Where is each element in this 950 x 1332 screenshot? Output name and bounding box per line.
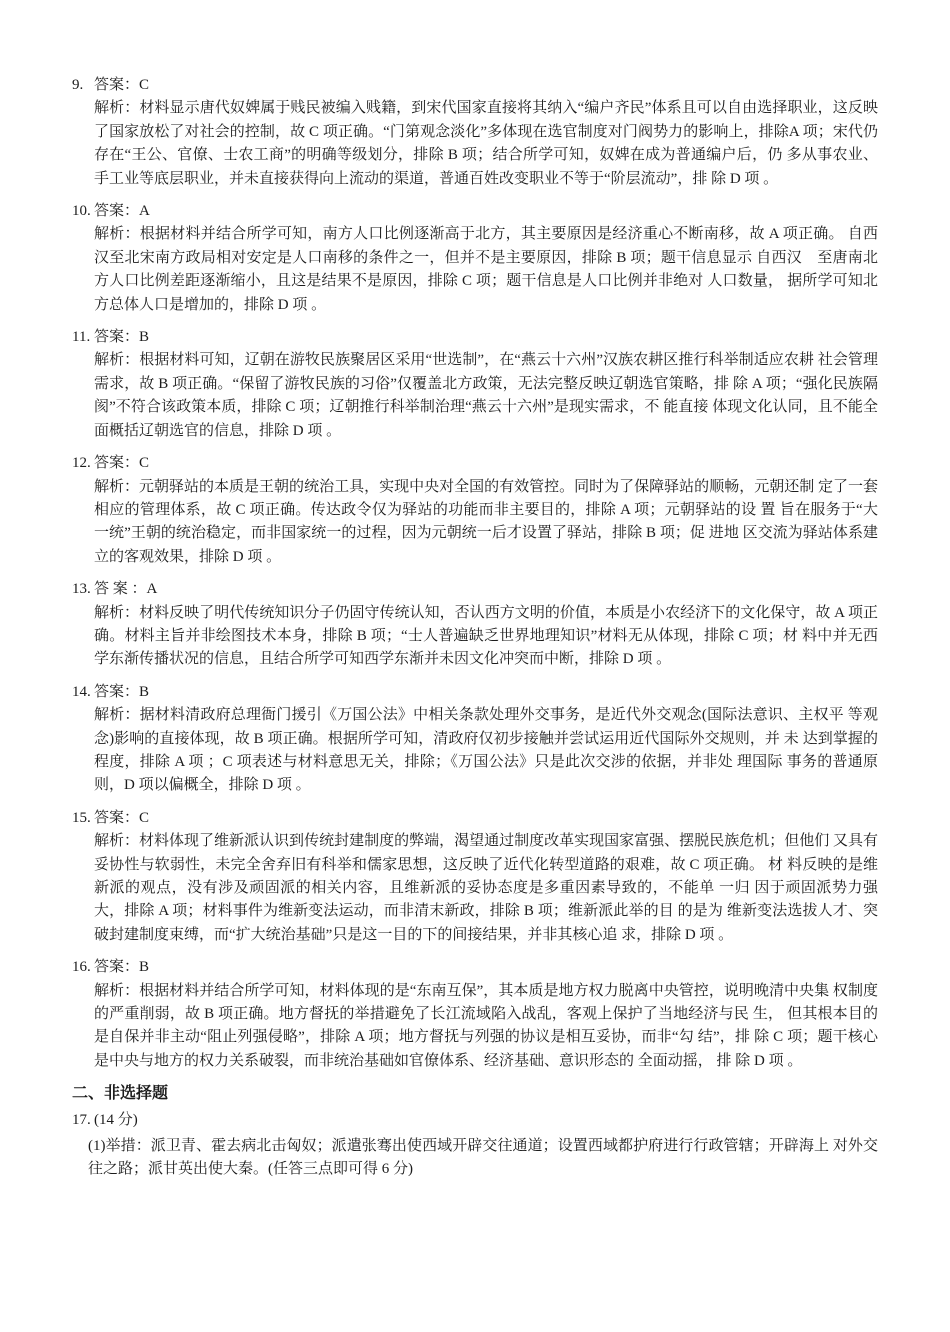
- answer-letter: 答案：C: [94, 807, 149, 830]
- answer-key-content: 9. 答案：C 解析：材料显示唐代奴婢属于贱民被编入贱籍，到宋代国家直接将其纳入…: [72, 74, 878, 1182]
- question-17-answer-part1: (1)举措：派卫青、霍去病北击匈奴；派遣张骞出使西域开辟交往通道；设置西域都护府…: [88, 1135, 878, 1182]
- answer-head: 10. 答案：A: [72, 200, 878, 223]
- analysis-text: 解析：元朝驿站的本质是王朝的统治工具，实现中央对全国的有效管控。同时为了保障驿站…: [94, 476, 878, 570]
- analysis-text: 解析：据材料清政府总理衙门援引《万国公法》中相关条款处理外交事务，是近代外交观念…: [94, 704, 878, 798]
- answer-item-14: 14. 答案：B 解析：据材料清政府总理衙门援引《万国公法》中相关条款处理外交事…: [72, 681, 878, 798]
- question-17-head: 17. (14 分): [72, 1109, 878, 1132]
- answer-head: 15. 答案：C: [72, 807, 878, 830]
- question-17-block: 17. (14 分) (1)举措：派卫青、霍去病北击匈奴；派遣张骞出使西域开辟交…: [72, 1109, 878, 1182]
- question-number: 14.: [72, 681, 94, 704]
- answer-key-page: 9. 答案：C 解析：材料显示唐代奴婢属于贱民被编入贱籍，到宋代国家直接将其纳入…: [0, 0, 950, 1332]
- answer-head: 13. 答 案 ：A: [72, 578, 878, 601]
- question-number: 10.: [72, 200, 94, 223]
- question-number: 15.: [72, 807, 94, 830]
- question-number: 11.: [72, 326, 94, 349]
- analysis-text: 解析：材料反映了明代传统知识分子仍固守传统认知，否认西方文明的价值，本质是小农经…: [94, 602, 878, 672]
- question-number: 12.: [72, 452, 94, 475]
- question-number: 13.: [72, 578, 94, 601]
- answer-item-13: 13. 答 案 ：A 解析：材料反映了明代传统知识分子仍固守传统认知，否认西方文…: [72, 578, 878, 672]
- answer-item-12: 12. 答案：C 解析：元朝驿站的本质是王朝的统治工具，实现中央对全国的有效管控…: [72, 452, 878, 569]
- answer-head: 9. 答案：C: [72, 74, 878, 97]
- answer-item-15: 15. 答案：C 解析：材料体现了维新派认识到传统封建制度的弊端，渴望通过制度改…: [72, 807, 878, 947]
- answer-letter: 答案：B: [94, 956, 149, 979]
- answer-letter: 答案：C: [94, 452, 149, 475]
- analysis-text: 解析：材料显示唐代奴婢属于贱民被编入贱籍，到宋代国家直接将其纳入“编户齐民”体系…: [94, 97, 878, 191]
- answer-item-16: 16. 答案：B 解析：根据材料并结合所学可知，材料体现的是“东南互保”，其本质…: [72, 956, 878, 1073]
- answer-letter: 答案：A: [94, 200, 150, 223]
- question-number: 17.: [72, 1109, 94, 1132]
- analysis-text: 解析：根据材料可知，辽朝在游牧民族聚居区采用“世选制”，在“燕云十六州”汉族农耕…: [94, 349, 878, 443]
- question-number: 16.: [72, 956, 94, 979]
- answer-item-9: 9. 答案：C 解析：材料显示唐代奴婢属于贱民被编入贱籍，到宋代国家直接将其纳入…: [72, 74, 878, 191]
- answer-head: 11. 答案：B: [72, 326, 878, 349]
- answer-letter: 答 案 ：A: [94, 578, 157, 601]
- answer-head: 12. 答案：C: [72, 452, 878, 475]
- answer-letter: 答案：B: [94, 326, 149, 349]
- analysis-text: 解析：根据材料并结合所学可知，南方人口比例逐渐高于北方，其主要原因是经济重心不断…: [94, 223, 878, 317]
- answer-head: 14. 答案：B: [72, 681, 878, 704]
- answer-head: 16. 答案：B: [72, 956, 878, 979]
- answer-letter: 答案：B: [94, 681, 149, 704]
- analysis-text: 解析：材料体现了维新派认识到传统封建制度的弊端，渴望通过制度改革实现国家富强、摆…: [94, 830, 878, 947]
- answer-item-11: 11. 答案：B 解析：根据材料可知，辽朝在游牧民族聚居区采用“世选制”，在“燕…: [72, 326, 878, 443]
- section-two-heading: 二、非选择题: [72, 1082, 878, 1105]
- answer-letter: 答案：C: [94, 74, 149, 97]
- answer-item-10: 10. 答案：A 解析：根据材料并结合所学可知，南方人口比例逐渐高于北方，其主要…: [72, 200, 878, 317]
- question-number: 9.: [72, 74, 94, 97]
- analysis-text: 解析：根据材料并结合所学可知，材料体现的是“东南互保”，其本质是地方权力脱离中央…: [94, 980, 878, 1074]
- question-points: (14 分): [94, 1109, 138, 1132]
